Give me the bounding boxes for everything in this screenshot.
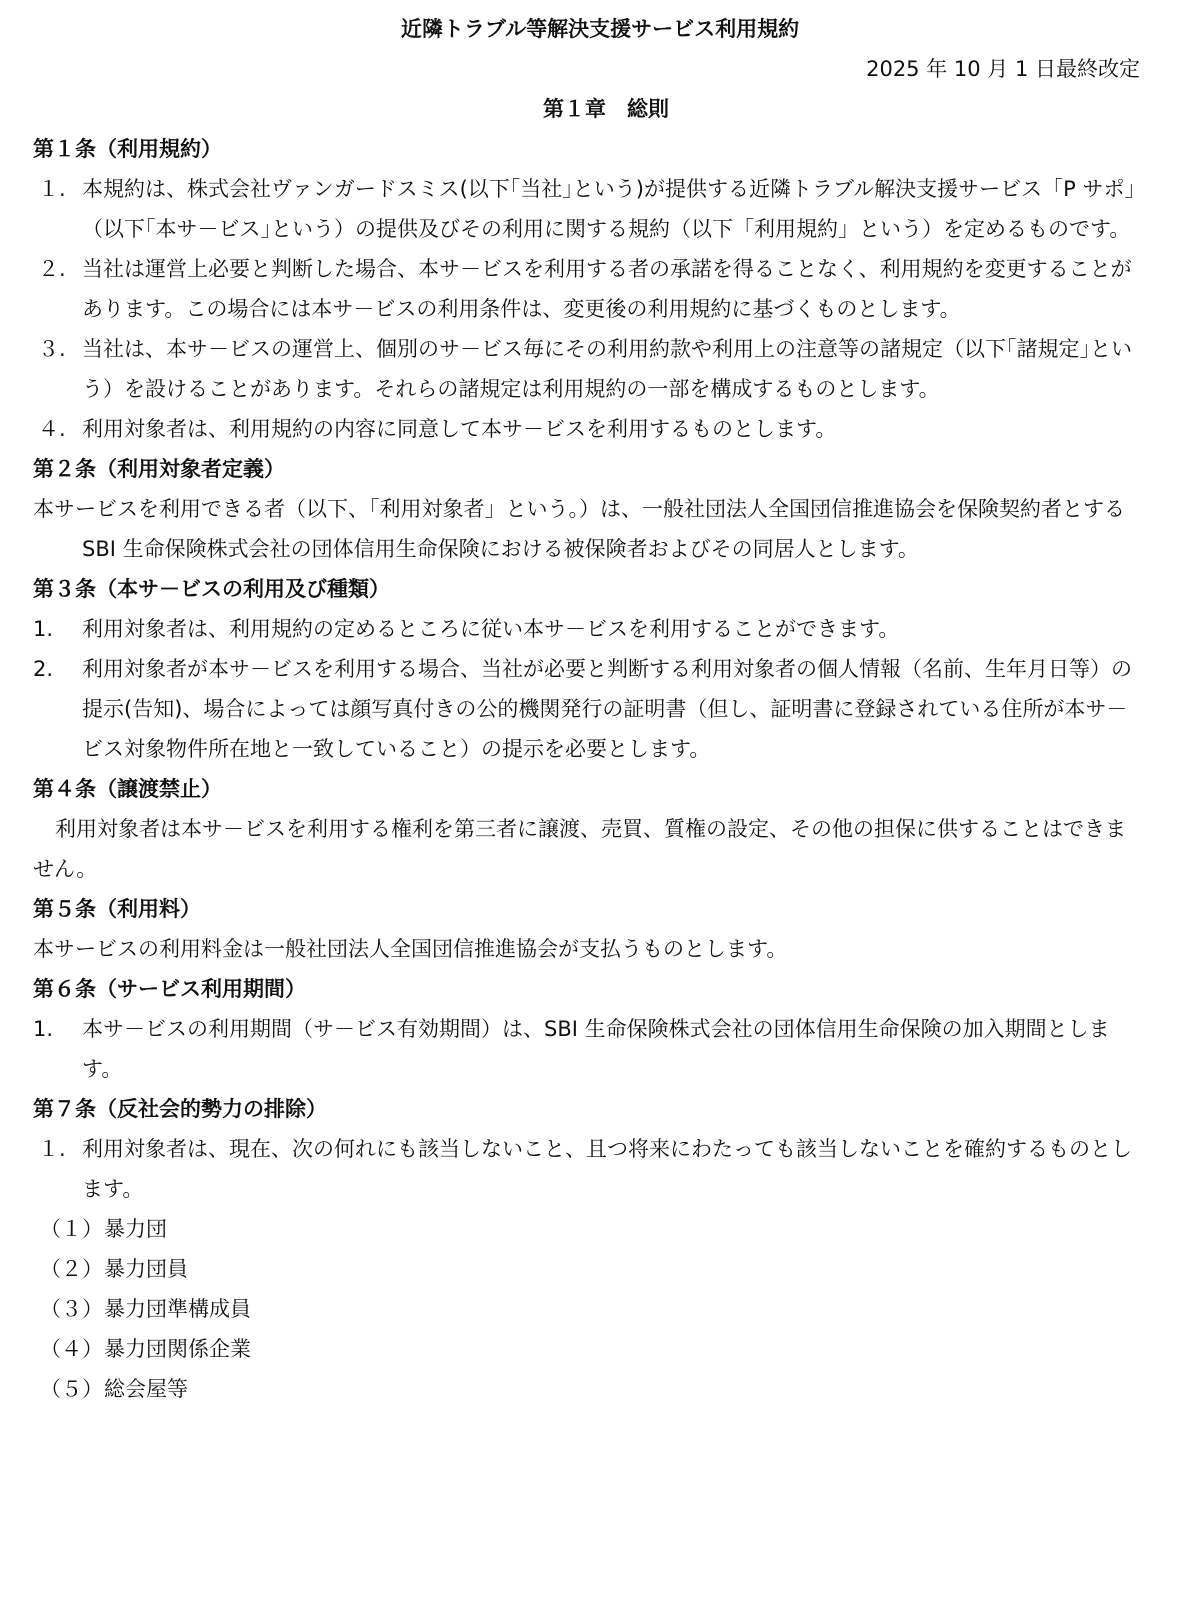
item-number: ３. xyxy=(38,329,66,369)
list-item: １. 本規約は、株式会社ヴァンガードスミス(以下｢当社｣という)が提供する近隣ト… xyxy=(0,169,1200,249)
item-number: 1. xyxy=(33,609,53,649)
item-number: １. xyxy=(38,169,66,209)
list-item: ２. 当社は運営上必要と判断した場合、本サ－ビスを利用する者の承諾を得ることなく… xyxy=(0,249,1200,329)
article-paragraph: 利用対象者は本サ－ビスを利用する権利を第三者に譲渡、売買、質権の設定、その他の担… xyxy=(0,809,1200,889)
list-item: 1. 本サ－ビスの利用期間（サ－ビス有効期間）は、SBI 生命保険株式会社の団体… xyxy=(0,1009,1200,1089)
item-text: 利用対象者は、利用規約の内容に同意して本サ－ビスを利用するものとします。 xyxy=(82,417,836,441)
list-item: 1. 利用対象者は、利用規約の定めるところに従い本サ－ビスを利用することができま… xyxy=(0,609,1200,649)
sub-item-text: 総会屋等 xyxy=(104,1377,188,1401)
sub-item-number: （３） xyxy=(40,1289,103,1329)
chapter-heading: 第１章 総則 xyxy=(12,89,1200,129)
article-paragraph: 本サービスの利用料金は一般社団法人全国団信推進協会が支払うものとします。 xyxy=(0,929,1200,969)
item-text: 利用対象者が本サ－ビスを利用する場合、当社が必要と判断する利用対象者の個人情報（… xyxy=(82,657,1132,761)
article-heading: 第３条（本サ－ビスの利用及び種類） xyxy=(0,569,1200,609)
article-7: 第７条（反社会的勢力の排除） １. 利用対象者は、現在、次の何れにも該当しないこ… xyxy=(0,1089,1200,1409)
terms-document: 近隣トラブル等解決支援サービス利用規約 2025 年 10 月 1 日最終改定 … xyxy=(0,9,1200,1409)
article-heading: 第５条（利用料） xyxy=(0,889,1200,929)
item-text: 利用対象者は、利用規約の定めるところに従い本サ－ビスを利用することができます。 xyxy=(82,617,899,641)
article-2: 第２条（利用対象者定義） 本サービスを利用できる者（以下、「利用対象者」という。… xyxy=(0,449,1200,569)
item-text: 本サ－ビスの利用期間（サ－ビス有効期間）は、SBI 生命保険株式会社の団体信用生… xyxy=(82,1017,1110,1081)
list-item: 2. 利用対象者が本サ－ビスを利用する場合、当社が必要と判断する利用対象者の個人… xyxy=(0,649,1200,769)
document-title: 近隣トラブル等解決支援サービス利用規約 xyxy=(0,9,1200,49)
article-heading: 第６条（サービス利用期間） xyxy=(0,969,1200,1009)
list-item: １. 利用対象者は、現在、次の何れにも該当しないこと、且つ将来にわたっても該当し… xyxy=(0,1129,1200,1209)
item-number: １. xyxy=(38,1129,66,1169)
item-text: 本規約は、株式会社ヴァンガードスミス(以下｢当社｣という)が提供する近隣トラブル… xyxy=(82,177,1135,241)
list-item: ３. 当社は、本サ－ビスの運営上、個別のサ－ビス毎にその利用約款や利用上の注意等… xyxy=(0,329,1200,409)
item-text: 利用対象者は、現在、次の何れにも該当しないこと、且つ将来にわたっても該当しないこ… xyxy=(82,1137,1132,1201)
sub-item-number: （５） xyxy=(40,1369,103,1409)
item-text: 当社は、本サ－ビスの運営上、個別のサ－ビス毎にその利用約款や利用上の注意等の諸規… xyxy=(82,337,1132,401)
article-5: 第５条（利用料） 本サービスの利用料金は一般社団法人全国団信推進協会が支払うもの… xyxy=(0,889,1200,969)
sub-item-text: 暴力団 xyxy=(104,1217,167,1241)
sub-item: （２） 暴力団員 xyxy=(0,1249,1200,1289)
sub-item-text: 暴力団員 xyxy=(104,1257,188,1281)
sub-item: （３） 暴力団準構成員 xyxy=(0,1289,1200,1329)
article-heading: 第７条（反社会的勢力の排除） xyxy=(0,1089,1200,1129)
article-heading: 第４条（譲渡禁止） xyxy=(0,769,1200,809)
article-heading: 第１条（利用規約） xyxy=(0,129,1200,169)
sub-item-number: （１） xyxy=(40,1209,103,1249)
item-number: 1. xyxy=(33,1009,53,1049)
item-number: 2. xyxy=(33,649,53,689)
item-number: ４. xyxy=(38,409,66,449)
sub-item: （５） 総会屋等 xyxy=(0,1369,1200,1409)
sub-item-number: （４） xyxy=(40,1329,103,1369)
sub-item-number: （２） xyxy=(40,1249,103,1289)
article-3: 第３条（本サ－ビスの利用及び種類） 1. 利用対象者は、利用規約の定めるところに… xyxy=(0,569,1200,769)
sub-item-text: 暴力団関係企業 xyxy=(104,1337,251,1361)
article-6: 第６条（サービス利用期間） 1. 本サ－ビスの利用期間（サ－ビス有効期間）は、S… xyxy=(0,969,1200,1089)
list-item: ４. 利用対象者は、利用規約の内容に同意して本サ－ビスを利用するものとします。 xyxy=(0,409,1200,449)
article-1: 第１条（利用規約） １. 本規約は、株式会社ヴァンガードスミス(以下｢当社｣とい… xyxy=(0,129,1200,449)
sub-item-text: 暴力団準構成員 xyxy=(104,1297,251,1321)
sub-item: （４） 暴力団関係企業 xyxy=(0,1329,1200,1369)
item-number: ２. xyxy=(38,249,66,289)
article-4: 第４条（譲渡禁止） 利用対象者は本サ－ビスを利用する権利を第三者に譲渡、売買、質… xyxy=(0,769,1200,889)
revision-date: 2025 年 10 月 1 日最終改定 xyxy=(0,49,1200,89)
sub-item: （１） 暴力団 xyxy=(0,1209,1200,1249)
article-heading: 第２条（利用対象者定義） xyxy=(0,449,1200,489)
item-text: 当社は運営上必要と判断した場合、本サ－ビスを利用する者の承諾を得ることなく、利用… xyxy=(82,257,1132,321)
article-paragraph: 本サービスを利用できる者（以下、「利用対象者」という。）は、一般社団法人全国団信… xyxy=(0,489,1200,569)
